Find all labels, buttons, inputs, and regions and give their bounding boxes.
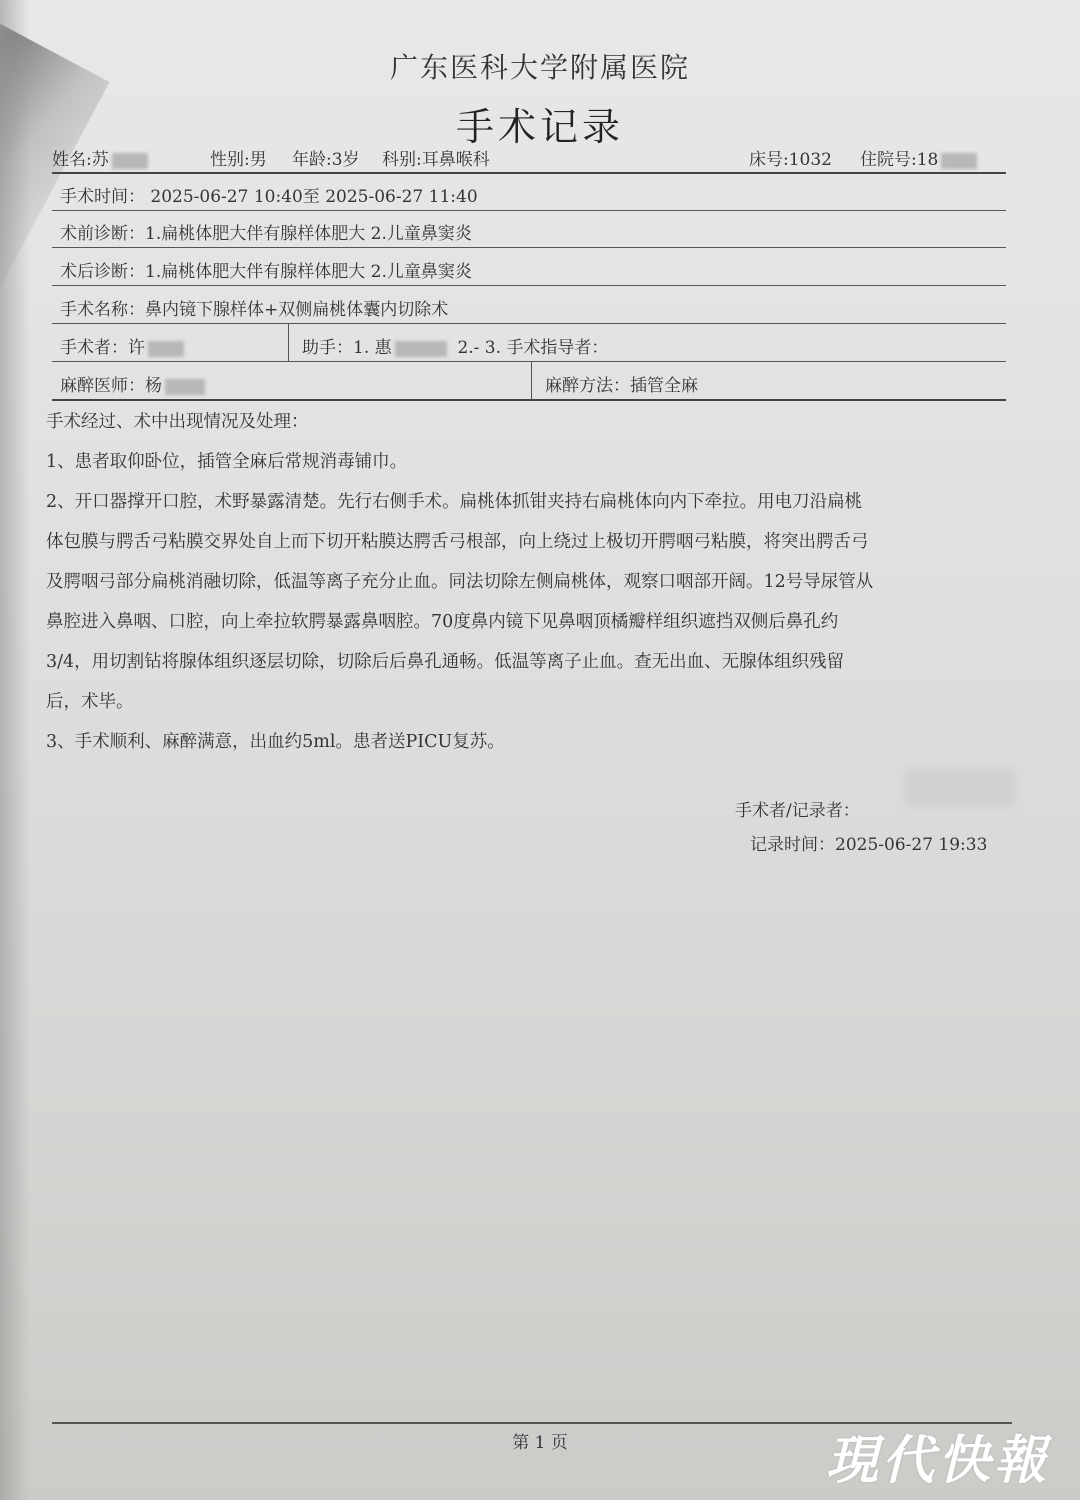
record-time: 记录时间：2025-06-27 19:33 (750, 830, 987, 855)
table-bottom-rule (52, 399, 1006, 401)
surgeon: 手术者：许 (60, 333, 184, 358)
anesthetist-label: 麻醉医师：杨 (60, 376, 162, 396)
redaction-blur (148, 341, 184, 357)
document-title: 手术记录 (0, 96, 1080, 151)
patient-department: 科别:耳鼻喉科 (382, 145, 490, 170)
table-rule (52, 285, 1006, 286)
surgery-time: 手术时间： 2025-06-27 10:40至 2025-06-27 11:40 (60, 182, 478, 207)
assistant: 助手：1. 惠 2.- 3. 手术指导者： (302, 333, 608, 358)
patient-name: 姓名:苏 (52, 145, 148, 170)
procedure-line: 2、开口器撑开口腔，术野暴露清楚。先行右侧手术。扁桃体抓钳夹持右扁桃体向内下牵拉… (46, 482, 1036, 522)
hospital-name: 广东医科大学附属医院 (0, 46, 1080, 86)
publisher-watermark: 現代快報 (826, 1418, 1050, 1493)
redaction-blur (395, 341, 447, 357)
patient-info-row: 姓名:苏 性别:男 年龄:3岁 科别:耳鼻喉科 床号:1032 住院号:18 (52, 145, 1002, 171)
pre-op-diagnosis: 术前诊断：1.扁桃体肥大伴有腺样体肥大 2.儿童鼻窦炎 (60, 219, 472, 244)
procedure-line: 后，术毕。 (46, 682, 1036, 722)
recorder-label: 手术者/记录者： (735, 796, 860, 821)
assistant-label: 助手：1. 惠 (302, 338, 392, 358)
redaction-blur (165, 379, 205, 395)
procedure-section: 手术经过、术中出现情况及处理： 1、患者取仰卧位，插管全麻后常规消毒铺巾。 2、… (46, 402, 1036, 762)
procedure-line: 3、手术顺利、麻醉满意，出血约5ml。患者送PICU复苏。 (46, 722, 1036, 762)
document-page: 广东医科大学附属医院 手术记录 姓名:苏 性别:男 年龄:3岁 科别:耳鼻喉科 … (0, 0, 1080, 1500)
procedure-line: 及腭咽弓部分扁桃消融切除，低温等离子充分止血。同法切除左侧扁桃体，观察口咽部开阔… (46, 562, 1036, 602)
assistant-rest: 2.- 3. 手术指导者： (457, 338, 608, 358)
table-divider (531, 362, 532, 400)
procedure-heading: 手术经过、术中出现情况及处理： (46, 402, 1036, 442)
procedure-line: 3/4，用切割钻将腺体组织逐层切除，切除后后鼻孔通畅。低温等离子止血。查无出血、… (46, 642, 1036, 682)
redaction-blur (941, 153, 977, 169)
signature-redaction (905, 768, 1015, 808)
bed-number: 床号:1032 (749, 145, 832, 170)
table-divider (288, 324, 289, 362)
procedure-line: 鼻腔进入鼻咽、口腔，向上牵拉软腭暴露鼻咽腔。70度鼻内镜下见鼻咽顶橘瓣样组织遮挡… (46, 602, 1036, 642)
post-op-diagnosis: 术后诊断：1.扁桃体肥大伴有腺样体肥大 2.儿童鼻窦炎 (60, 257, 472, 282)
name-label: 姓名: (52, 150, 92, 170)
admission-number: 住院号:18 (860, 145, 977, 170)
name-value: 苏 (92, 150, 109, 170)
patient-age: 年龄:3岁 (292, 145, 360, 170)
admission-label: 住院号:18 (860, 150, 938, 170)
procedure-line: 1、患者取仰卧位，插管全麻后常规消毒铺巾。 (46, 442, 1036, 482)
redaction-blur (112, 153, 148, 169)
patient-gender: 性别:男 (210, 145, 267, 170)
table-rule (52, 323, 1006, 324)
procedure-line: 体包膜与腭舌弓粘膜交界处自上而下切开粘膜达腭舌弓根部，向上绕过上极切开腭咽弓粘膜… (46, 522, 1036, 562)
surgery-name: 手术名称：鼻内镜下腺样体+双侧扁桃体囊内切除术 (60, 295, 448, 320)
paper-edge (0, 0, 30, 1500)
table-rule (52, 210, 1006, 211)
header-rule (52, 172, 1006, 174)
anesthetist: 麻醉医师：杨 (60, 371, 205, 396)
anesthesia-method: 麻醉方法：插管全麻 (545, 371, 698, 396)
table-rule (52, 361, 1006, 362)
surgeon-label: 手术者：许 (60, 338, 145, 358)
table-rule (52, 247, 1006, 248)
